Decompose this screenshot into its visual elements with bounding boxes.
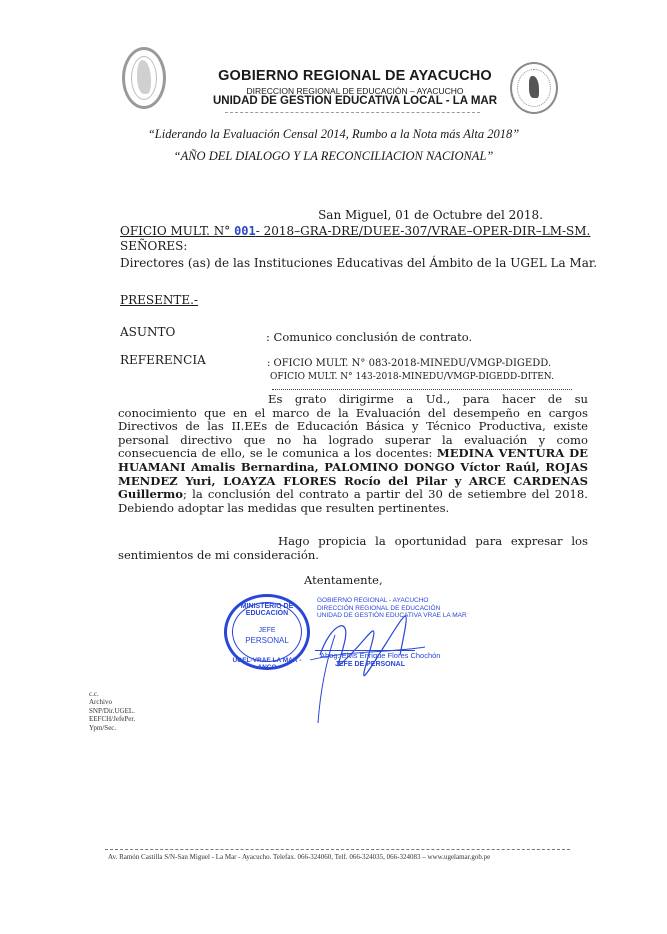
salutation: SEÑORES: [120,239,187,253]
document-date: San Miguel, 01 de Octubre del 2018. [318,208,543,222]
recipients: Directores (as) de las Instituciones Edu… [120,256,597,270]
cc-item: Ypm/Sec. [89,724,135,732]
oficio-reference: OFICIO MULT. N° 001- 2018–GRA-DRE/DUEE-3… [120,224,590,238]
motto-line-1: “Liderando la Evaluación Censal 2014, Ru… [0,127,667,142]
body-conclusion: ; la conclusión del contrato a partir de… [118,487,588,515]
footer-divider [105,849,570,850]
cc-item: Archivo [89,698,135,706]
referencia-value-2: OFICIO MULT. N° 143-2018-MINEDU/VMGP-DIG… [270,372,554,382]
dotted-separator [272,389,572,390]
handwritten-signature-icon [290,595,440,725]
body-connector: y [447,474,469,488]
asunto-label: ASUNTO [120,325,175,339]
referencia-value-1: : OFICIO MULT. N° 083-2018-MINEDU/VMGP-D… [267,358,551,369]
footer-address: Av. Ramón Castilla S/N-San Miguel - La M… [108,853,490,861]
cc-item: EEFCH/JefePer. [89,715,135,723]
header-divider [225,112,480,113]
carbon-copy-list: c.c. Archivo SNP/Dir.UGEL. EEFCH/JefePer… [89,690,135,732]
closing-text: Hago propicia la oportunidad para expres… [118,534,588,562]
referencia-label: REFERENCIA [120,353,206,367]
oficio-number: 001 [234,224,256,238]
asunto-value: : Comunico conclusión de contrato. [266,330,472,344]
closing-paragraph: Hago propicia la oportunidad para expres… [118,534,588,562]
presente-label: PRESENTE.- [120,293,198,307]
oficio-suffix: - 2018–GRA-DRE/DUEE-307/VRAE–OPER-DIR–LM… [256,224,591,238]
header-title: GOBIERNO REGIONAL DE AYACUCHO [0,68,667,84]
header-unit: UNIDAD DE GESTION EDUCATIVA LOCAL - LA M… [0,95,667,107]
cc-item: c.c. [89,690,135,698]
sign-off: Atentamente, [304,573,383,587]
body-paragraph: Es grato dirigirme a Ud., para hacer de … [118,393,588,515]
cc-item: SNP/Dir.UGEL. [89,707,135,715]
oficio-prefix: OFICIO MULT. N° [120,224,234,238]
motto-line-2: “AÑO DEL DIALOGO Y LA RECONCILIACION NAC… [0,149,667,164]
